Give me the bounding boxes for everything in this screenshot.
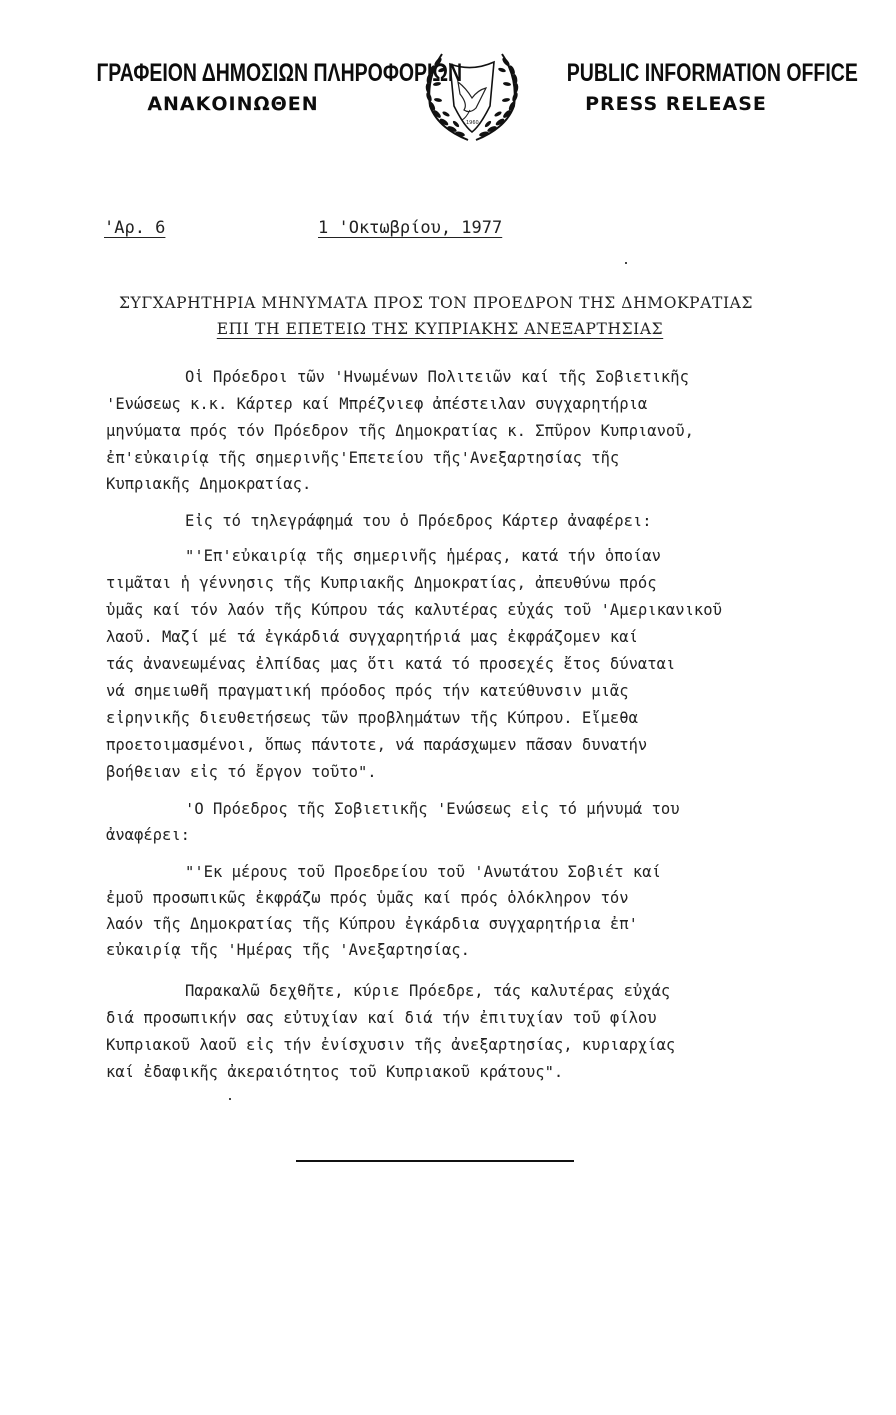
release-label-english: PRESS RELEASE [536,92,816,116]
press-release-page: ΓΡΑΦΕΙΟΝ ΔΗΜΟΣΙΩΝ ΠΛΗΡΟΦΟΡΙΩΝ ΑΝΑΚΟΙΝΩΘΕ… [0,0,896,1415]
body-line: ἐπ'εὐκαιρίᾳ τῆς σημερινῆς'Επετείου τῆς'Α… [106,448,619,468]
body-line: "'Εκ μέρους τοῦ Προεδρείου τοῦ 'Ανωτάτου… [185,862,661,882]
letterhead-english: PUBLIC INFORMATION OFFICE PRESS RELEASE [536,58,816,116]
office-name-greek: ΓΡΑΦΕΙΟΝ ΔΗΜΟΣΙΩΝ ΠΛΗΡΟΦΟΡΙΩΝ [97,58,370,88]
body-line: λαοῦ. Μαζί μέ τά ἐγκάρδιά συγχαρητήριά μ… [106,627,638,647]
body-line: ἐμοῦ προσωπικῶς ἐκφράζω πρός ὑμᾶς καί πρ… [106,888,629,908]
body-line: ἀναφέρει: [106,825,190,845]
office-name-english: PUBLIC INFORMATION OFFICE [567,58,785,88]
body-line: λαόν τῆς Δημοκρατίας τῆς Κύπρου ἐγκάρδια… [106,914,638,934]
body-line: εἰρηνικῆς διευθετήσεως τῶν προβλημάτων τ… [106,708,638,728]
body-line: καί ἐδαφικῆς ἀκεραιότητος τοῦ Κυπριακοῦ … [106,1062,563,1082]
cyprus-coat-of-arms-icon: 1960 [420,48,524,144]
headline-line-1: ΣΥΓΧΑΡΗΤΗΡΙΑ ΜΗΝΥΜΑΤΑ ΠΡΟΣ ΤΟΝ ΠΡΟΕΔΡΟΝ … [0,294,884,312]
end-of-release-divider [296,1160,574,1162]
body-line: ὑμᾶς καί τόν λαόν τῆς Κύπρου τάς καλυτέρ… [106,600,722,620]
body-line: βοήθειαν εἰς τό ἔργον τοῦτο". [106,762,377,782]
release-label-greek: ΑΝΑΚΟΙΝΩΘΕΝ [58,92,408,116]
body-line: εὐκαιρίᾳ τῆς 'Ημέρας τῆς 'Ανεξαρτησίας. [106,940,470,960]
svg-text:1960: 1960 [466,120,479,126]
scan-speck [229,1098,231,1100]
body-line: Κυπριακῆς Δημοκρατίας. [106,474,311,494]
headline-line-2: ΕΠΙ ΤΗ ΕΠΕΤΕΙΩ ΤΗΣ ΚΥΠΡΙΑΚΗΣ ΑΝΕΞΑΡΤΗΣΙΑ… [0,320,888,338]
body-line: τιμᾶται ἡ γέννησις τῆς Κυπριακῆς Δημοκρα… [106,573,657,593]
scan-speck [625,262,627,264]
body-line: Οἱ Πρόεδροι τῶν 'Ηνωμένων Πολιτειῶν καί … [185,367,689,387]
body-line: 'Ο Πρόεδρος τῆς Σοβιετικῆς 'Ενώσεως εἰς … [185,799,680,819]
letterhead-greek: ΓΡΑΦΕΙΟΝ ΔΗΜΟΣΙΩΝ ΠΛΗΡΟΦΟΡΙΩΝ ΑΝΑΚΟΙΝΩΘΕ… [58,58,408,116]
body-line: διά προσωπικήν σας εὐτυχίαν καί διά τήν … [106,1008,657,1028]
body-line: προετοιμασμένοι, ὅπως πάντοτε, νά παράσχ… [106,735,647,755]
body-line: μηνύματα πρός τόν Πρόεδρον τῆς Δημοκρατί… [106,421,694,441]
body-line: "'Επ'εὐκαιρίᾳ τῆς σημερινῆς ἡμέρας, κατά… [185,546,661,566]
release-number: 'Αρ. 6 [104,218,165,238]
body-line: Κυπριακοῦ λαοῦ εἰς τήν ἐνίσχυσιν τῆς ἀνε… [106,1035,675,1055]
body-line: τάς ἀνανεωμένας ἐλπίδας μας ὅτι κατά τό … [106,654,675,674]
release-date: 1 'Οκτωβρίου, 1977 [318,218,502,238]
body-line: νά σημειωθῆ πραγματική πρόοδος πρός τήν … [106,681,629,701]
body-line: 'Ενώσεως κ.κ. Κάρτερ καί Μπρέζνιεφ ἀπέστ… [106,394,647,414]
body-line: Παρακαλῶ δεχθῆτε, κύριε Πρόεδρε, τάς καλ… [185,981,670,1001]
body-line: Εἰς τό τηλεγράφημά του ὁ Πρόεδρος Κάρτερ… [185,511,652,531]
